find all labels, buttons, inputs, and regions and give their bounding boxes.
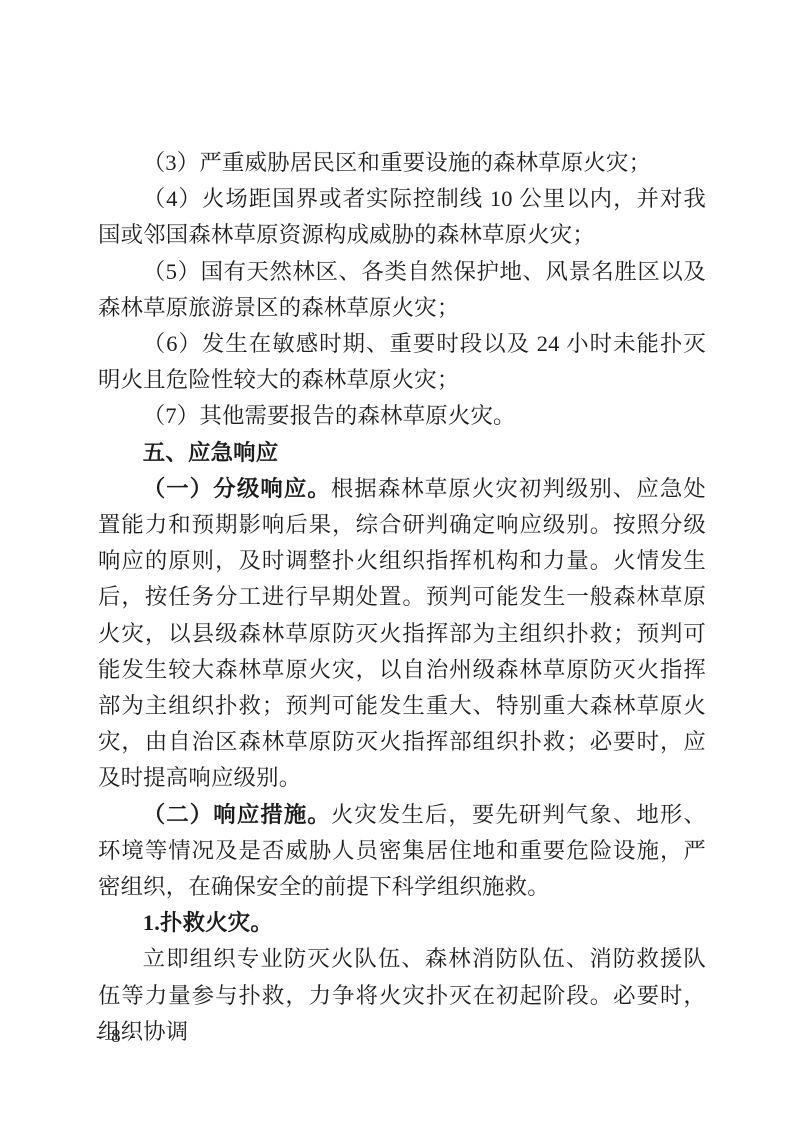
paragraph-response-measures-lead: （二）响应措施。 — [143, 802, 331, 827]
paragraph-graded-response: （一）分级响应。根据森林草原火灾初判级别、应急处置能力和预期影响后果，综合研判确… — [98, 471, 706, 797]
paragraph-graded-response-text: 根据森林草原火灾初判级别、应急处置能力和预期影响后果，综合研判确定响应级别。按照… — [98, 476, 706, 791]
paragraph-response-measures: （二）响应措施。火灾发生后，要先研判气象、地形、环境等情况及是否威胁人员密集居住… — [98, 797, 706, 906]
section-heading-emergency-response: 五、应急响应 — [98, 435, 706, 471]
clause-item-5: （5）国有天然林区、各类自然保护地、风景名胜区以及森林草原旅游景区的森林草原火灾… — [98, 254, 706, 326]
clause-item-6: （6）发生在敏感时期、重要时段以及 24 小时未能扑灭明火且危险性较大的森林草原… — [98, 326, 706, 398]
page-number: - 8 - — [96, 1026, 138, 1048]
subsection-heading-firefighting: 1.扑救火灾。 — [98, 905, 706, 941]
clause-item-3: （3）严重威胁居民区和重要设施的森林草原火灾； — [98, 145, 706, 181]
clause-item-4: （4）火场距国界或者实际控制线 10 公里以内，并对我国或邻国森林草原资源构成威… — [98, 181, 706, 253]
paragraph-graded-response-lead: （一）分级响应。 — [143, 476, 331, 501]
paragraph-firefighting: 立即组织专业防灭火队伍、森林消防队伍、消防救援队伍等力量参与扑救，力争将火灾扑灭… — [98, 941, 706, 1050]
clause-item-7: （7）其他需要报告的森林草原火灾。 — [98, 398, 706, 434]
document-page: （3）严重威胁居民区和重要设施的森林草原火灾； （4）火场距国界或者实际控制线 … — [0, 0, 793, 1122]
document-body: （3）严重威胁居民区和重要设施的森林草原火灾； （4）火场距国界或者实际控制线 … — [98, 145, 706, 1050]
